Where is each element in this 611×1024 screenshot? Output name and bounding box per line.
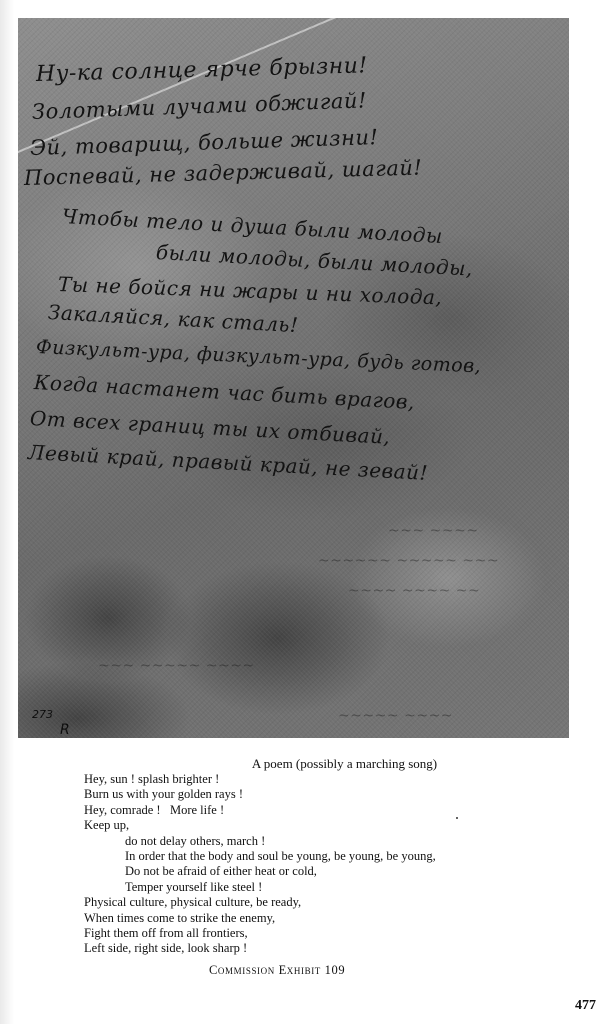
handwritten-line: Эй, товарищ, больше жизни! bbox=[30, 125, 379, 160]
print-speck bbox=[456, 817, 458, 819]
handwritten-line: Поспевай, не задерживай, шагай! bbox=[24, 156, 423, 190]
handwritten-line: Когда настанет час бить врагов, bbox=[33, 370, 415, 414]
poem-line: Hey, comrade ! More life ! bbox=[84, 803, 436, 818]
handwritten-line: Физкульт-ура, физкульт-ура, будь готов, bbox=[36, 336, 482, 377]
handwritten-line: Чтобы тело и душа были молоды bbox=[61, 204, 443, 248]
poem-line: Left side, right side, look sharp ! bbox=[84, 941, 436, 956]
photo-initial-mark: R bbox=[60, 722, 70, 738]
photo-catalog-number: 273 bbox=[32, 708, 53, 721]
poem-line: do not delay others, march ! bbox=[84, 834, 436, 849]
poem-line: Hey, sun ! splash brighter ! bbox=[84, 772, 436, 787]
exhibit-label: Commission Exhibit 109 bbox=[209, 963, 345, 978]
poem-translation: Hey, sun ! splash brighter ! Burn us wit… bbox=[84, 772, 436, 957]
faint-handwriting: ~~~ ~~~~~ ~~~~ bbox=[98, 658, 255, 674]
poem-line: Keep up, bbox=[84, 818, 436, 833]
photo-caption: A poem (possibly a marching song) bbox=[0, 756, 611, 772]
handwritten-line: Ну-ка солнце ярче брызни! bbox=[36, 53, 368, 87]
faint-handwriting: ~~~~ ~~~~ ~~ bbox=[348, 583, 480, 599]
page-edge-shadow bbox=[0, 0, 14, 1024]
poem-line: Do not be afraid of either heat or cold, bbox=[84, 864, 436, 879]
poem-line: When times come to strike the enemy, bbox=[84, 911, 436, 926]
page-number: 477 bbox=[575, 998, 596, 1014]
faint-handwriting: ~~~~~~ ~~~~~ ~~~ bbox=[318, 553, 499, 569]
faint-handwriting: ~~~ ~~~~ bbox=[388, 523, 479, 539]
faint-handwriting: ~~~~~ ~~~~ bbox=[338, 708, 453, 724]
handwritten-line: Золотыми лучами обжигай! bbox=[32, 88, 368, 124]
poem-line: Temper yourself like steel ! bbox=[84, 880, 436, 895]
poem-line: In order that the body and soul be young… bbox=[84, 849, 436, 864]
poem-line: Burn us with your golden rays ! bbox=[84, 787, 436, 802]
poem-line: Fight them off from all frontiers, bbox=[84, 926, 436, 941]
handwritten-poem-photo: Ну-ка солнце ярче брызни! Золотыми лучам… bbox=[18, 18, 569, 738]
poem-line: Physical culture, physical culture, be r… bbox=[84, 895, 436, 910]
handwritten-line: Закаляйся, как сталь! bbox=[47, 300, 299, 337]
